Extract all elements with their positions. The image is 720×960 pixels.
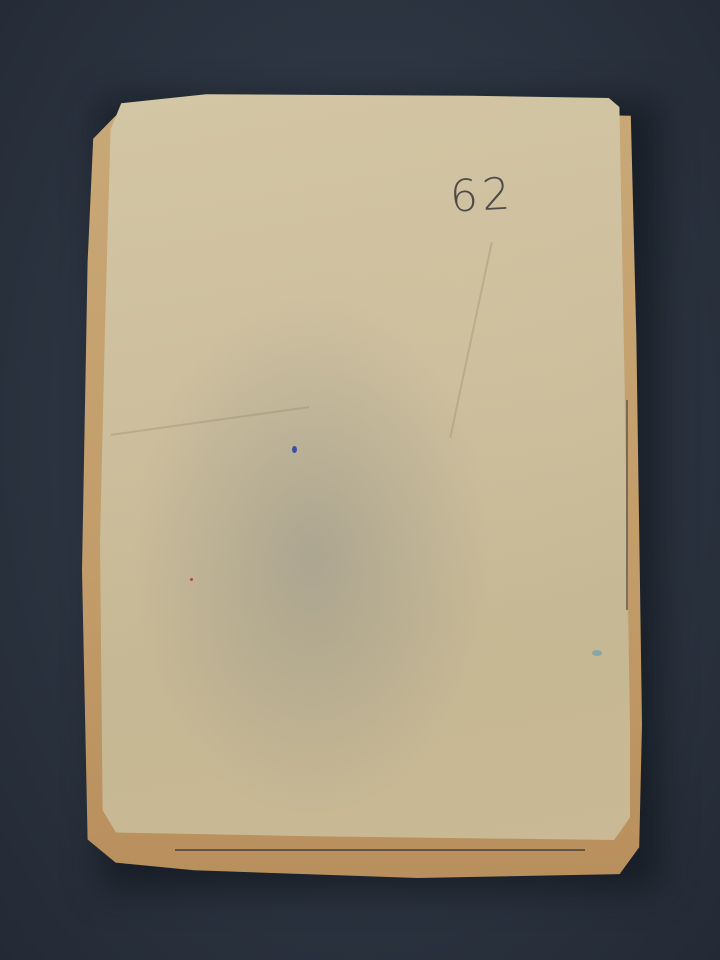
booklet-cover bbox=[100, 92, 630, 840]
ink-fleck bbox=[592, 650, 602, 656]
ink-fleck bbox=[190, 578, 193, 581]
binding-thread bbox=[626, 400, 628, 610]
handwritten-number: 62 bbox=[449, 168, 516, 222]
binding-wire bbox=[175, 849, 585, 851]
ink-fleck bbox=[292, 446, 297, 453]
